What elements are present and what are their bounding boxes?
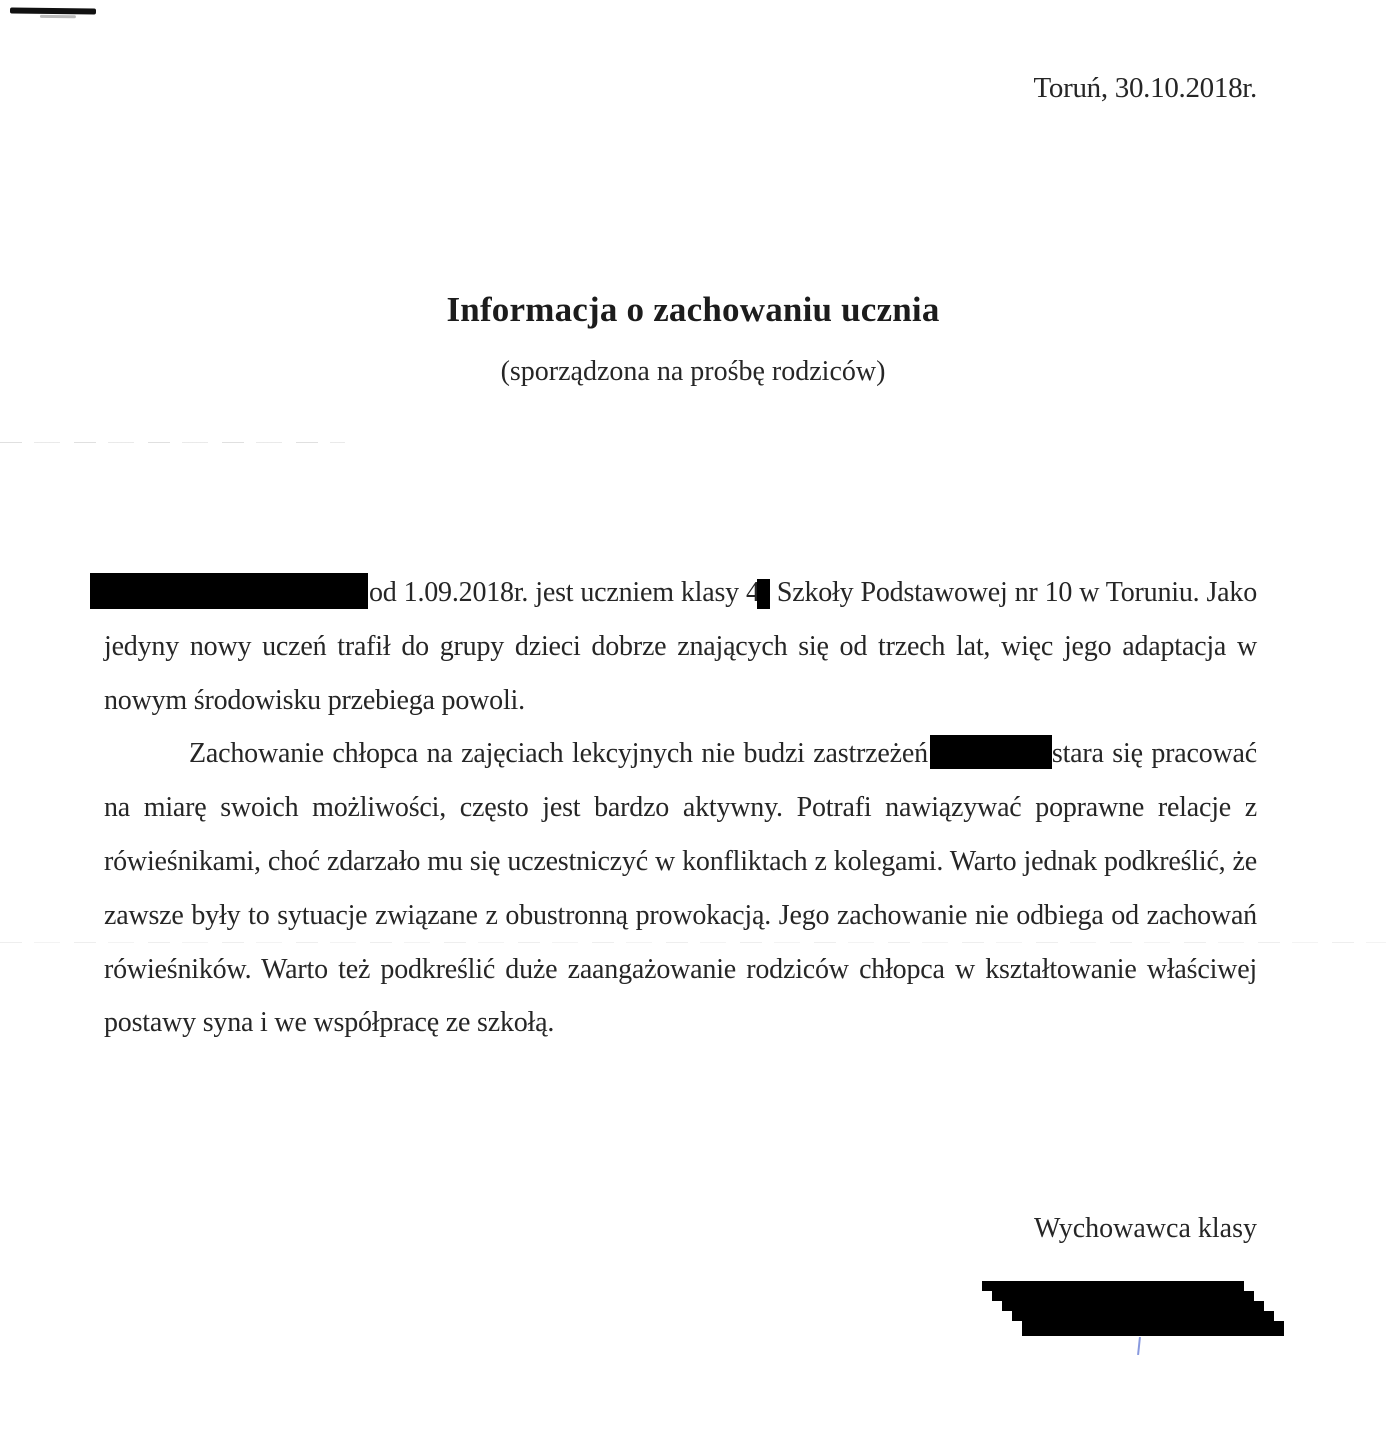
document-subtitle: (sporządzona na prośbę rodziców) — [0, 356, 1386, 388]
redacted-student-name — [90, 573, 368, 609]
paper-fold-line — [0, 442, 345, 443]
paragraph-1-text-a: od 1.09.2018r. jest uczniem klasy 4 — [369, 577, 760, 608]
paragraph-1: od 1.09.2018r. jest uczniem klasy 4 Szko… — [104, 566, 1257, 727]
redacted-signature — [982, 1281, 1286, 1337]
paragraph-2: Zachowanie chłopca na zajęciach lekcyjny… — [104, 727, 1257, 1050]
paragraph-2-text-a: Zachowanie chłopca na zajęciach lekcyjny… — [189, 738, 928, 769]
signature-label: Wychowawca klasy — [1034, 1213, 1257, 1245]
scan-artifact-mark — [10, 7, 96, 14]
document-title: Informacja o zachowaniu ucznia — [0, 290, 1386, 330]
scanned-letter-page: Toruń, 30.10.2018r. Informacja o zachowa… — [0, 0, 1386, 1444]
redacted-class-letter — [757, 579, 770, 609]
redacted-phrase — [930, 735, 1052, 769]
pen-stroke-mark — [1137, 1337, 1141, 1355]
letter-body: od 1.09.2018r. jest uczniem klasy 4 Szko… — [104, 566, 1257, 1050]
place-and-date: Toruń, 30.10.2018r. — [1034, 72, 1257, 105]
paragraph-2-text-b: stara się pracować na miarę swoich możli… — [104, 738, 1257, 1038]
